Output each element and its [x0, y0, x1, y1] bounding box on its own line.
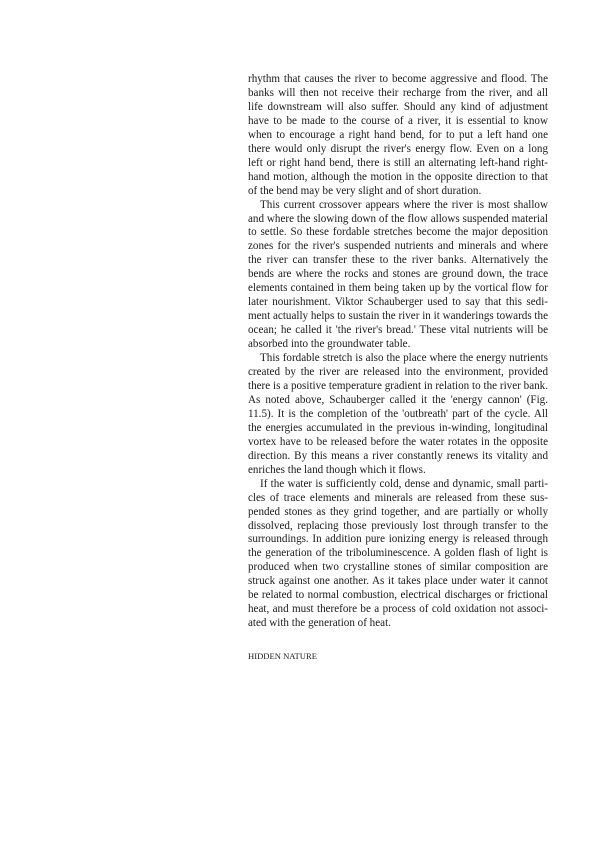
- page-body-text: rhythm that causes the river to become a…: [248, 73, 548, 631]
- running-footer-book-title: HIDDEN NATURE: [248, 651, 317, 661]
- paragraph: This current crossover appears where the…: [248, 199, 548, 352]
- paragraph: rhythm that causes the river to become a…: [248, 73, 548, 199]
- paragraph: This fordable stretch is also the place …: [248, 352, 548, 478]
- paragraph: If the water is sufficiently cold, dense…: [248, 478, 548, 631]
